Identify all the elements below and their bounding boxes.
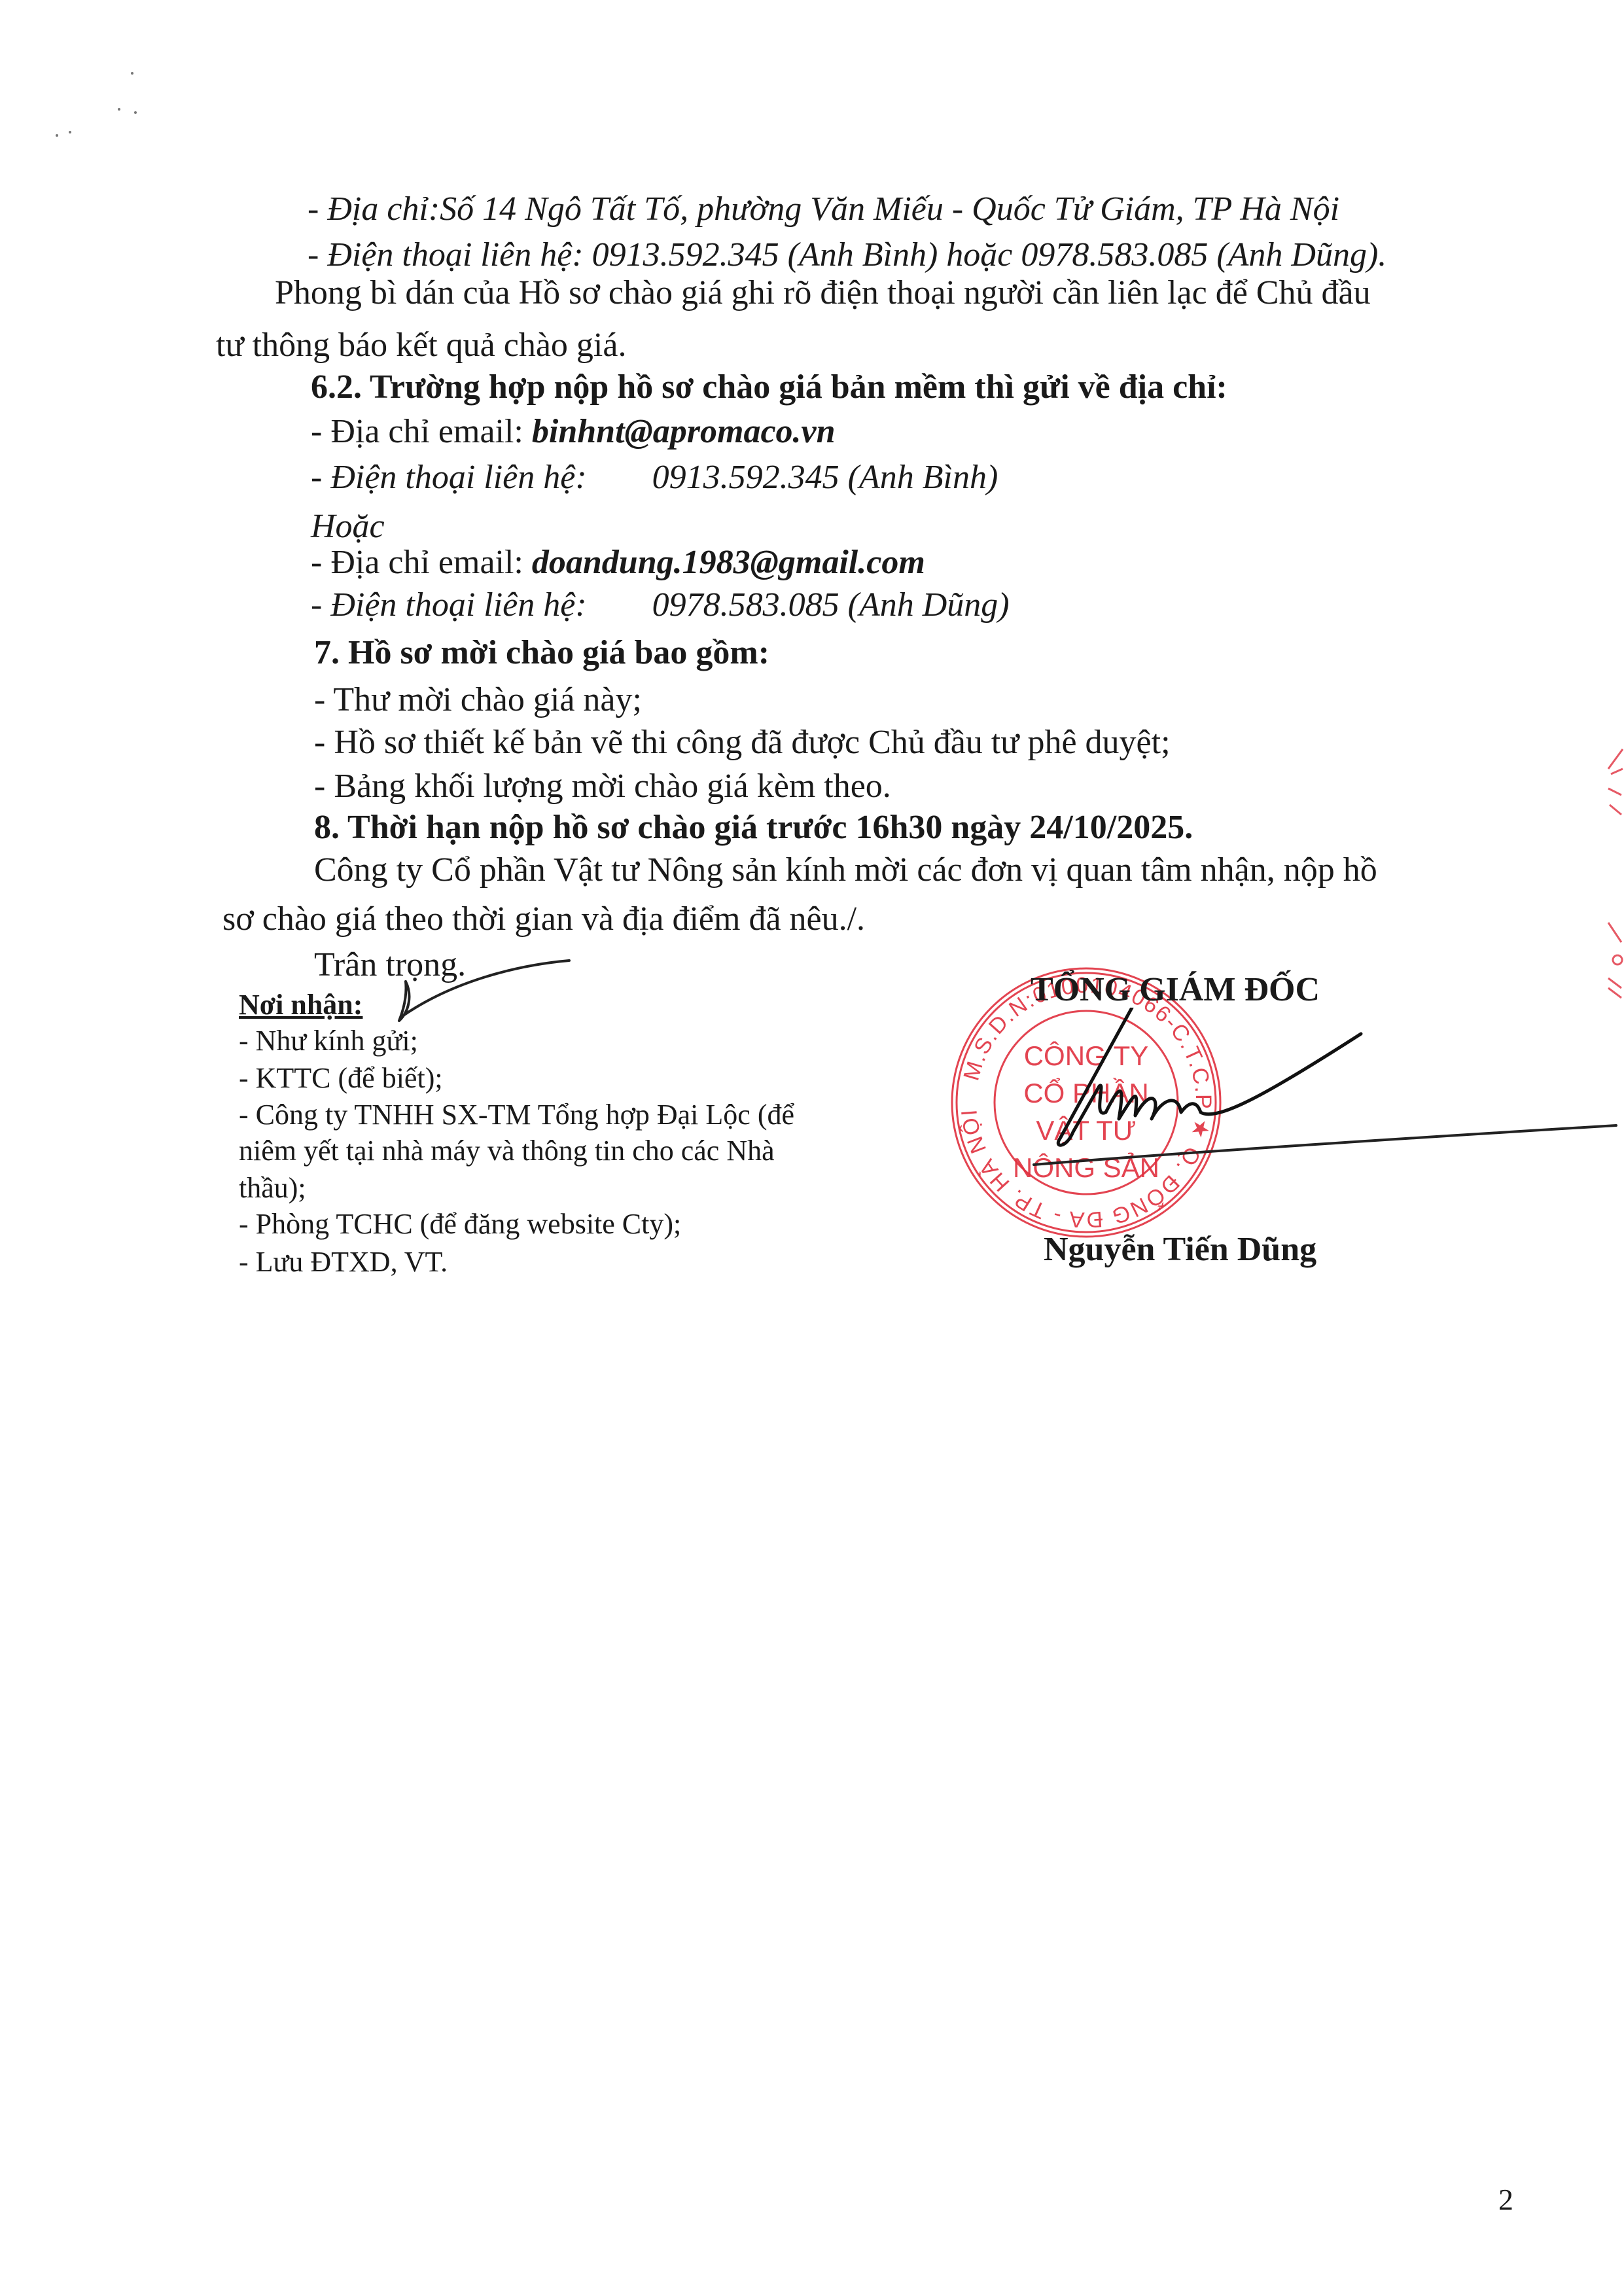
page-number: 2 bbox=[1498, 2182, 1513, 2217]
envelope-note-line-2: tư thông báo kết quả chào giá. bbox=[216, 326, 626, 365]
recipient-item: - Công ty TNHH SX-TM Tổng hợp Đại Lộc (đ… bbox=[239, 1098, 794, 1132]
doc-item: - Thư mời chào giá này; bbox=[314, 680, 642, 720]
email-link-binhnt[interactable]: binhnt@apromaco.vn bbox=[532, 413, 836, 450]
invitation-line-2: sơ chào giá theo thời gian và địa điểm đ… bbox=[222, 900, 865, 939]
phone-value-dung: 0978.583.085 (Anh Dũng) bbox=[652, 586, 1010, 624]
initial-mark-icon bbox=[386, 955, 576, 1027]
doc-item: - Bảng khối lượng mời chào giá kèm theo. bbox=[314, 767, 891, 806]
phone-row-2: - Điện thoại liên hệ:0978.583.085 (Anh D… bbox=[311, 586, 1010, 625]
section-6-2-heading: 6.2. Trường hợp nộp hồ sơ chào giá bản m… bbox=[311, 368, 1227, 407]
edge-seal-fragment-icon bbox=[1604, 743, 1624, 821]
email-label: - Địa chỉ email: bbox=[311, 544, 532, 581]
invitation-line-1: Công ty Cổ phần Vật tư Nông sản kính mời… bbox=[314, 851, 1377, 890]
phone-row-1: - Điện thoại liên hệ:0913.592.345 (Anh B… bbox=[311, 458, 998, 497]
scan-speck bbox=[118, 108, 120, 111]
recipient-item: niêm yết tại nhà máy và thông tin cho cá… bbox=[239, 1134, 775, 1168]
phone-label: - Điện thoại liên hệ: bbox=[311, 586, 587, 624]
signatory-title: TỔNG GIÁM ĐỐC bbox=[1031, 970, 1320, 1010]
doc-item: - Hồ sơ thiết kế bản vẽ thi công đã được… bbox=[314, 723, 1171, 762]
scan-speck bbox=[69, 131, 71, 133]
recipient-item: thầu); bbox=[239, 1171, 306, 1205]
section-7-heading: 7. Hồ sơ mời chào giá bao gồm: bbox=[314, 633, 769, 673]
recipient-item: - KTTC (để biết); bbox=[239, 1061, 443, 1095]
phone-label: - Điện thoại liên hệ: bbox=[311, 459, 587, 496]
recipient-item: - Như kính gửi; bbox=[239, 1024, 418, 1058]
email-row-1: - Địa chỉ email: binhnt@apromaco.vn bbox=[311, 412, 836, 451]
recipient-item: - Phòng TCHC (để đăng website Cty); bbox=[239, 1207, 681, 1241]
section-8-heading: 8. Thời hạn nộp hồ sơ chào giá trước 16h… bbox=[314, 808, 1193, 847]
email-label: - Địa chỉ email: bbox=[311, 413, 532, 450]
recipient-item: - Lưu ĐTXD, VT. bbox=[239, 1245, 448, 1279]
phone-line: - Điện thoại liên hệ: 0913.592.345 (Anh … bbox=[308, 236, 1386, 275]
address-line: - Địa chỉ:Số 14 Ngô Tất Tố, phường Văn M… bbox=[308, 190, 1339, 229]
scan-speck bbox=[56, 134, 58, 137]
edge-seal-fragment-icon bbox=[1604, 916, 1624, 1001]
handwritten-signature-icon bbox=[1021, 1008, 1623, 1204]
phone-value-binh: 0913.592.345 (Anh Bình) bbox=[652, 459, 998, 496]
envelope-note-line-1: Phong bì dán của Hồ sơ chào giá ghi rõ đ… bbox=[275, 274, 1371, 313]
or-label: Hoặc bbox=[311, 507, 385, 546]
scan-speck bbox=[131, 72, 133, 75]
scan-speck bbox=[134, 111, 137, 114]
recipients-label: Nơi nhận: bbox=[239, 988, 362, 1022]
email-row-2: - Địa chỉ email: doandung.1983@gmail.com bbox=[311, 543, 925, 582]
signatory-name: Nguyễn Tiến Dũng bbox=[1044, 1230, 1316, 1269]
email-link-doandung[interactable]: doandung.1983@gmail.com bbox=[532, 544, 925, 581]
